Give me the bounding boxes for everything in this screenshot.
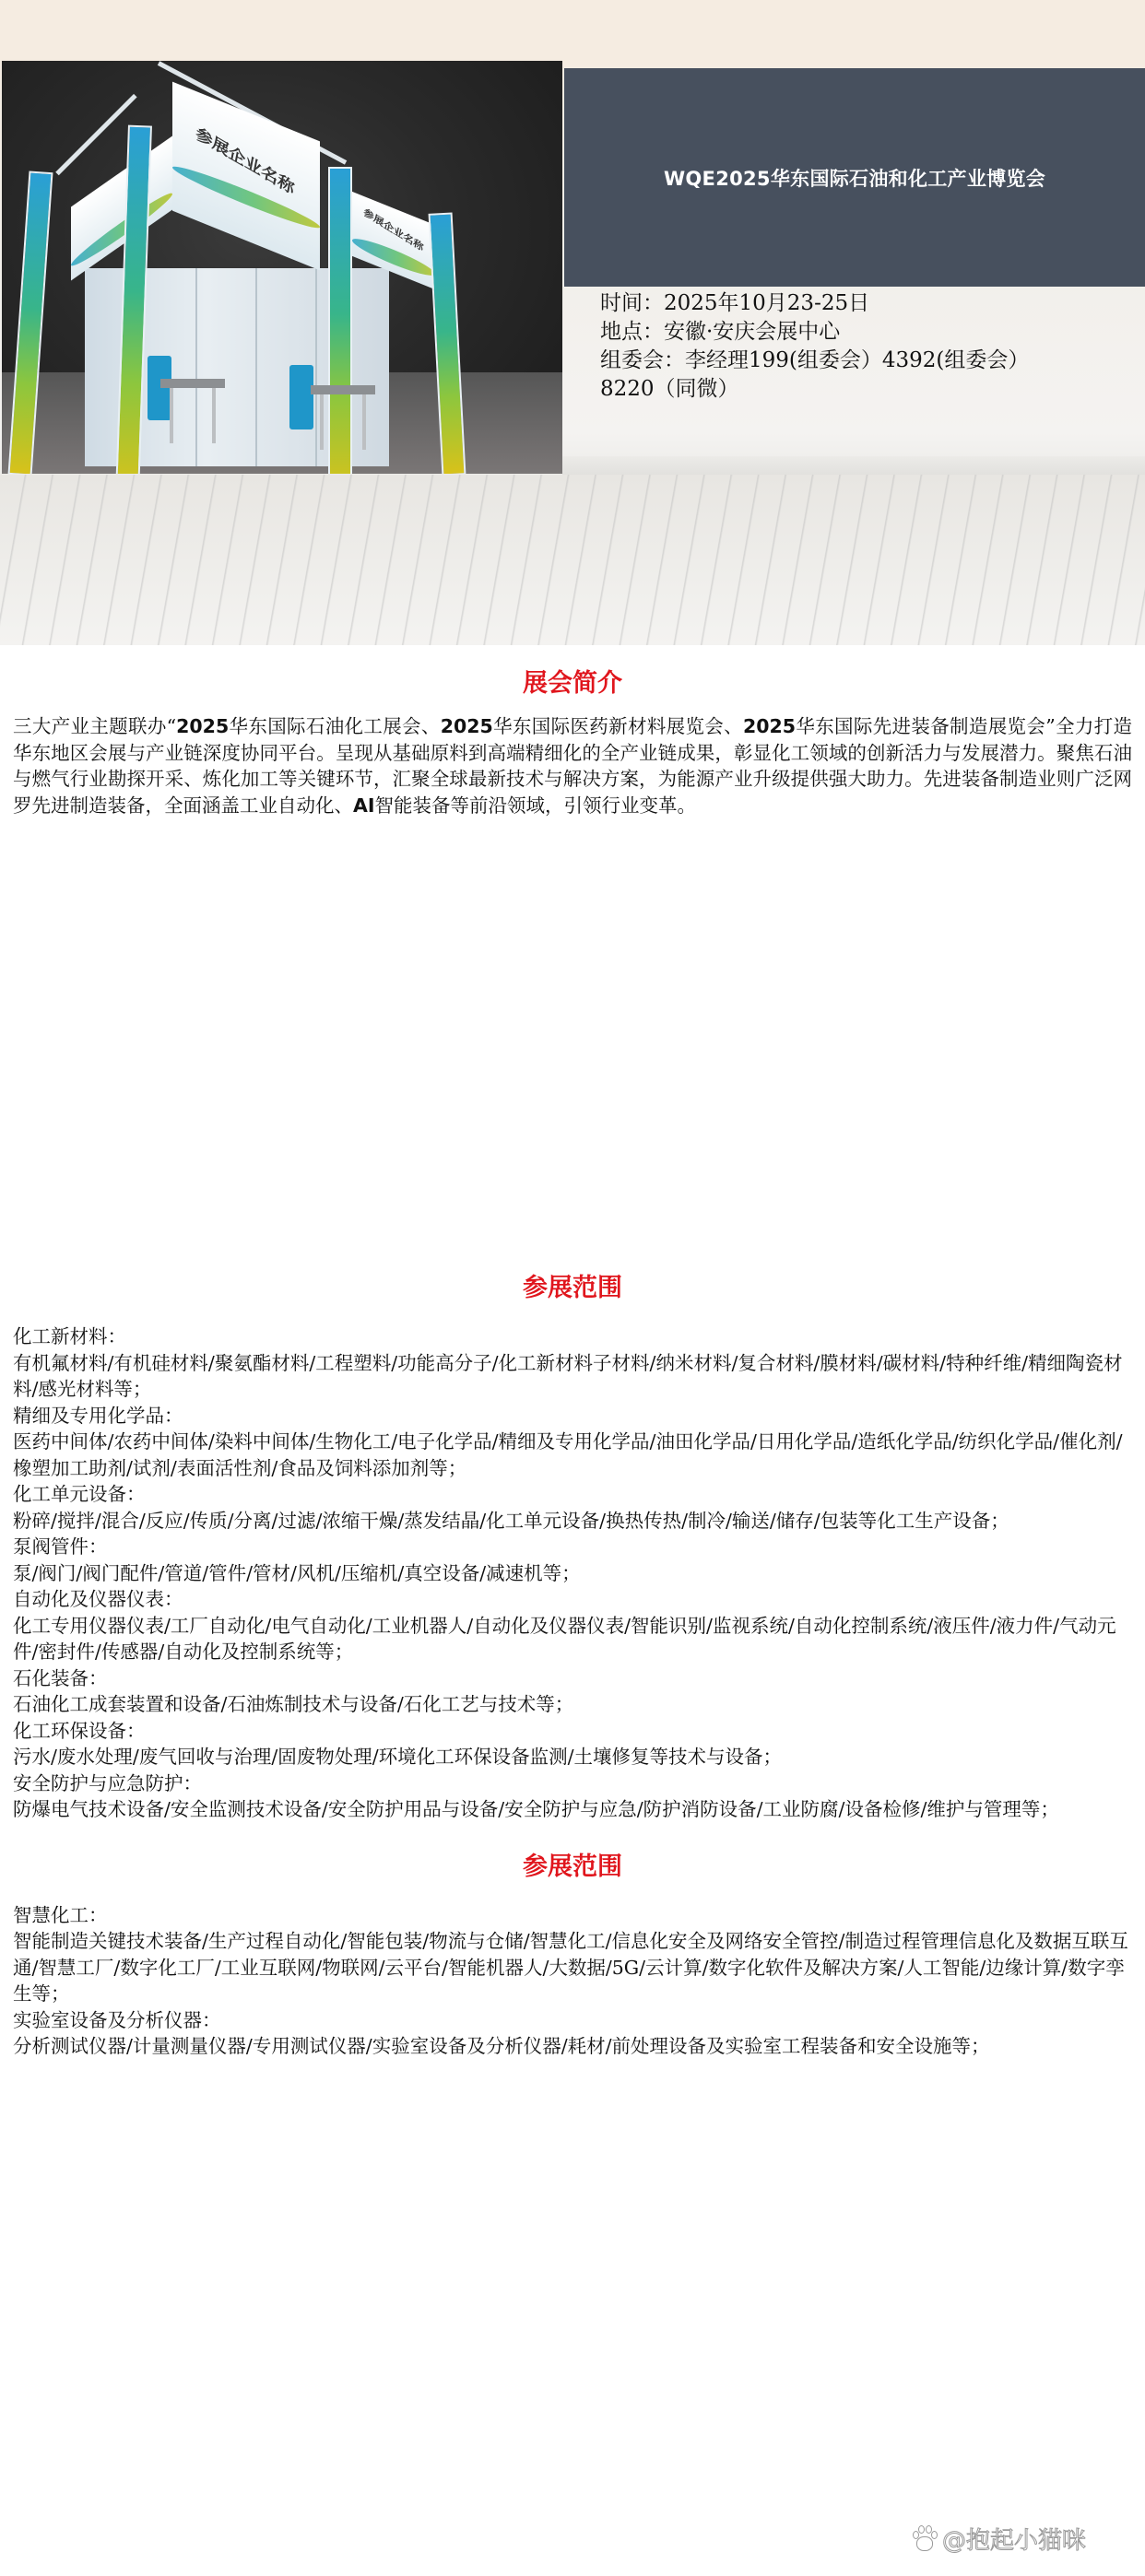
watermark: @抱起小猫咪 [911, 2522, 1086, 2556]
scope-items: 有机氟材料/有机硅材料/聚氨酯材料/工程塑料/功能高分子/化工新材料子材料/纳米… [13, 1350, 1132, 1403]
scope-category: 石化装备： [13, 1665, 1132, 1692]
scope-heading-2: 参展范围 [13, 1849, 1132, 1886]
scope-items: 医药中间体/农药中间体/染料中间体/生物化工/电子化学品/精细及专用化学品/油田… [13, 1429, 1132, 1481]
scope-items: 粉碎/搅拌/混合/反应/传质/分离/过滤/浓缩干燥/蒸发结晶/化工单元设备/换热… [13, 1508, 1132, 1535]
intro-heading: 展会简介 [13, 665, 1132, 702]
booth-chair [148, 356, 171, 420]
info-contact: 组委会：李经理199(组委会）4392(组委会） [600, 347, 1135, 375]
scope-section-1: 参展范围 化工新材料： 有机氟材料/有机硅材料/聚氨酯材料/工程塑料/功能高分子… [0, 818, 1145, 1823]
intro-section: 展会简介 三大产业主题联办“2025华东国际石油化工展会、2025华东国际医药新… [0, 645, 1145, 818]
info-location: 地点：安徽·安庆会展中心 [600, 318, 1135, 347]
booth-table [160, 379, 225, 388]
scope-category: 化工新材料： [13, 1323, 1132, 1350]
scope-list-2: 智慧化工： 智能制造关键技术装备/生产过程自动化/智能包装/物流与仓储/智慧化工… [13, 1902, 1132, 2060]
expo-title-panel: WQE2025华东国际石油和化工产业博览会 [564, 68, 1145, 287]
booth-rendering-image: 参展企业名称 参展企业名称 [2, 61, 562, 474]
scope-items: 石油化工成套装置和设备/石油炼制技术与设备/石化工艺与技术等； [13, 1691, 1132, 1718]
scope-category: 自动化及仪器仪表： [13, 1586, 1132, 1613]
intro-paragraph: 三大产业主题联办“2025华东国际石油化工展会、2025华东国际医药新材料展览会… [13, 713, 1132, 818]
booth-table [311, 385, 375, 394]
hero-banner: 参展企业名称 参展企业名称 WQE2025华东国际石油和化工产业博览会 时间：2… [0, 0, 1145, 645]
scope-category: 实验室设备及分析仪器： [13, 2007, 1132, 2034]
expo-title: WQE2025华东国际石油和化工产业博览会 [664, 164, 1045, 192]
scope-items: 化工专用仪器仪表/工厂自动化/电气自动化/工业机器人/自动化及仪器仪表/智能识别… [13, 1613, 1132, 1665]
truss-beam [55, 94, 136, 175]
wood-floor-background [0, 475, 1145, 645]
baidu-paw-icon [911, 2525, 938, 2553]
booth-fascia-side [71, 135, 172, 280]
scope-category: 泵阀管件： [13, 1534, 1132, 1560]
scope-items: 防爆电气技术设备/安全监测技术设备/安全防护用品与设备/安全防护与应急/防护消防… [13, 1796, 1132, 1823]
booth-chair [289, 365, 313, 429]
watermark-text: @抱起小猫咪 [942, 2522, 1086, 2556]
booth-pillar [328, 167, 352, 474]
expo-info: 时间：2025年10月23-25日 地点：安徽·安庆会展中心 组委会：李经理19… [600, 289, 1135, 404]
bottom-spacer [0, 2060, 1145, 2484]
scope-category: 精细及专用化学品： [13, 1403, 1132, 1429]
scope-list-1: 化工新材料： 有机氟材料/有机硅材料/聚氨酯材料/工程塑料/功能高分子/化工新材… [13, 1323, 1132, 1823]
scope-heading-1: 参展范围 [13, 1270, 1132, 1307]
scope-section-2: 参展范围 智慧化工： 智能制造关键技术装备/生产过程自动化/智能包装/物流与仓储… [0, 1823, 1145, 2060]
scope-category: 智慧化工： [13, 1902, 1132, 1929]
scope-items: 泵/阀门/阀门配件/管道/管件/管材/风机/压缩机/真空设备/减速机等； [13, 1560, 1132, 1587]
scope-category: 化工单元设备： [13, 1481, 1132, 1508]
baseboard [562, 456, 1145, 475]
info-date: 时间：2025年10月23-25日 [600, 289, 1135, 318]
scope-items: 污水/废水处理/废气回收与治理/固废物处理/环境化工环保设备监测/土壤修复等技术… [13, 1744, 1132, 1770]
scope-category: 安全防护与应急防护： [13, 1770, 1132, 1797]
scope-items: 智能制造关键技术装备/生产过程自动化/智能包装/物流与仓储/智慧化工/信息化安全… [13, 1928, 1132, 2007]
scope-items: 分析测试仪器/计量测量仪器/专用测试仪器/实验室设备及分析仪器/耗材/前处理设备… [13, 2033, 1132, 2060]
info-contact-continued: 8220（同微） [600, 375, 1135, 404]
scope-category: 化工环保设备： [13, 1718, 1132, 1745]
